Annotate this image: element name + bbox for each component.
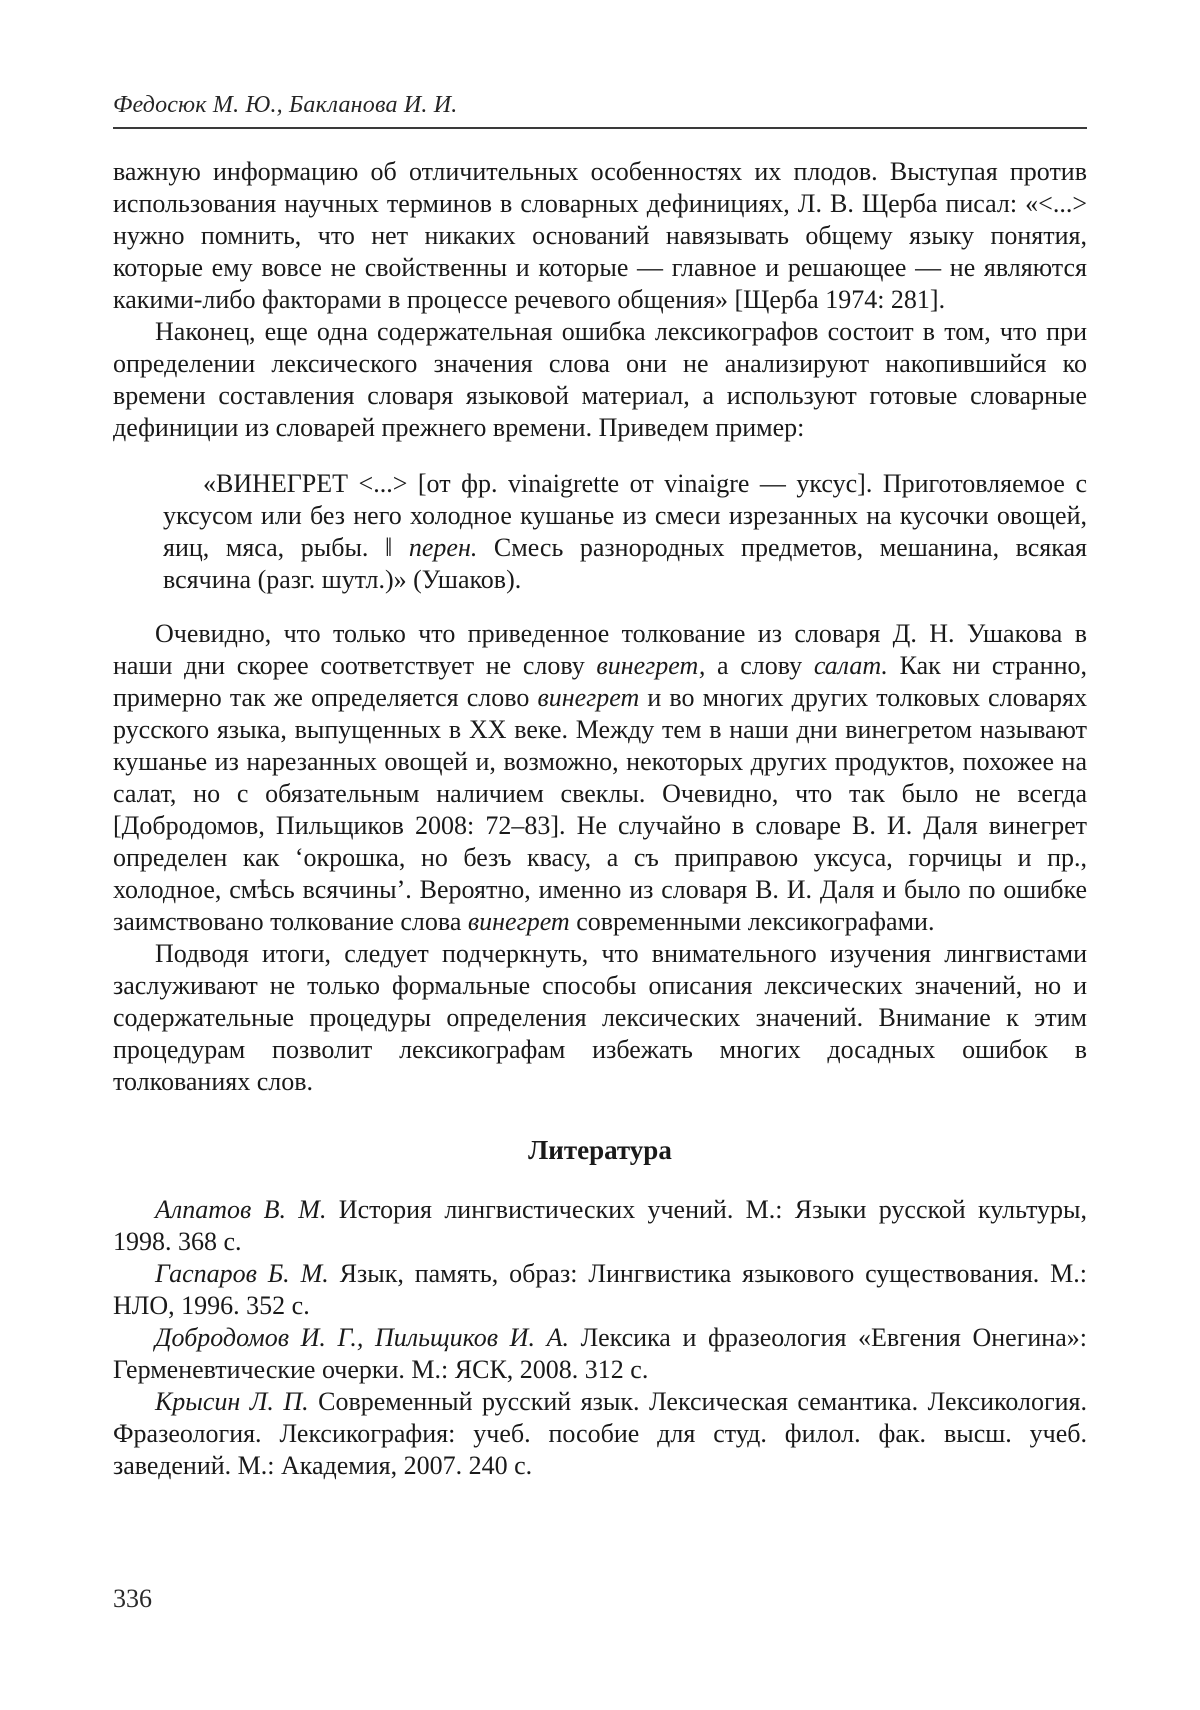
running-header-authors: Федосюк М. Ю., Бакланова И. И. — [113, 90, 1087, 120]
reference-item: Алпатов В. М. История лингвистических уч… — [113, 1194, 1087, 1258]
page-body: важную информацию об отличительных особе… — [113, 156, 1087, 1482]
body-paragraph: Подводя итоги, следует подчеркнуть, что … — [113, 938, 1087, 1098]
reference-item: Гаспаров Б. М. Язык, память, образ: Линг… — [113, 1258, 1087, 1322]
header-rule — [113, 127, 1087, 129]
body-paragraph: Очевидно, что только что приведенное тол… — [113, 618, 1087, 938]
page-header: Федосюк М. Ю., Бакланова И. И. — [113, 90, 1087, 129]
page-content: Федосюк М. Ю., Бакланова И. И. важную ин… — [113, 90, 1087, 1482]
dictionary-quote-block: «ВИНЕГРЕТ <...> [от фр. vinaigrette от v… — [163, 468, 1087, 596]
section-heading-literature: Литература — [113, 1134, 1087, 1166]
page-number: 336 — [113, 1584, 152, 1614]
references-list: Алпатов В. М. История лингвистических уч… — [113, 1194, 1087, 1482]
document-page: Федосюк М. Ю., Бакланова И. И. важную ин… — [0, 0, 1200, 1710]
reference-item: Добродомов И. Г., Пильщиков И. А. Лексик… — [113, 1322, 1087, 1386]
reference-item: Крысин Л. П. Современный русский язык. Л… — [113, 1386, 1087, 1482]
body-paragraph: Наконец, еще одна содержательная ошибка … — [113, 316, 1087, 444]
body-paragraph: важную информацию об отличительных особе… — [113, 156, 1087, 316]
